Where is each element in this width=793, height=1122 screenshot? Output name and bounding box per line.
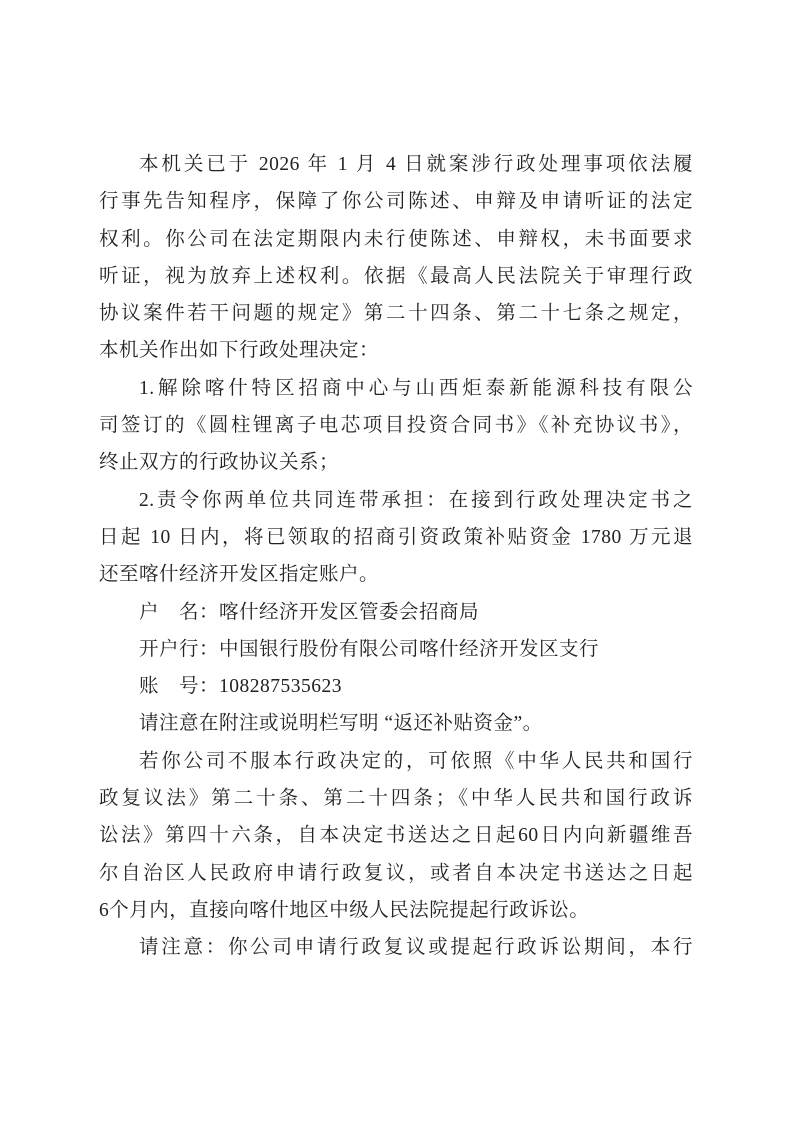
account-number-line: 账 号：108287535623 [99,668,693,705]
document-line: 若你公司不服本行政决定的，可依照《中华人民共和国行 [99,743,693,780]
document-line: 政复议法》第二十条、第二十四条；《中华人民共和国行政诉 [99,780,693,817]
account-name-line: 户 名：喀什经济开发区管委会招商局 [99,594,693,631]
document-line: 终止双方的行政协议关系； [99,444,693,481]
document-line: 1.解除喀什特区招商中心与山西炬泰新能源科技有限公 [99,370,693,407]
document-line: 尔自治区人民政府申请行政复议，或者自本决定书送达之日起 [99,855,693,892]
document-line: 行事先告知程序，保障了你公司陈述、申辩及申请听证的法定 [99,183,693,220]
document-page: 本机关已于 2026 年 1 月 4 日就案涉行政处理事项依法履 行事先告知程序… [0,0,793,1122]
bank-name-line: 开户行：中国银行股份有限公司喀什经济开发区支行 [99,631,693,668]
document-line: 本机关已于 2026 年 1 月 4 日就案涉行政处理事项依法履 [99,146,693,183]
document-line: 听证，视为放弃上述权利。依据《最高人民法院关于审理行政 [99,258,693,295]
document-line: 请注意在附注或说明栏写明 “返还补贴资金”。 [99,705,693,742]
document-line: 6个月内，直接向喀什地区中级人民法院提起行政诉讼。 [99,892,693,929]
document-line: 还至喀什经济开发区指定账户。 [99,556,693,593]
document-line: 日起 10 日内，将已领取的招商引资政策补贴资金 1780 万元退 [99,519,693,556]
document-line: 本机关作出如下行政处理决定： [99,332,693,369]
document-line: 协议案件若干问题的规定》第二十四条、第二十七条之规定， [99,295,693,332]
document-line: 权利。你公司在法定期限内未行使陈述、申辩权，未书面要求 [99,221,693,258]
document-line: 请注意：你公司申请行政复议或提起行政诉讼期间，本行 [99,929,693,966]
document-body: 本机关已于 2026 年 1 月 4 日就案涉行政处理事项依法履 行事先告知程序… [99,146,693,967]
document-line: 司签订的《圆柱锂离子电芯项目投资合同书》《补充协议书》， [99,407,693,444]
document-line: 2.责令你两单位共同连带承担：在接到行政处理决定书之 [99,482,693,519]
document-line: 讼法》第四十六条，自本决定书送达之日起60日内向新疆维吾 [99,817,693,854]
